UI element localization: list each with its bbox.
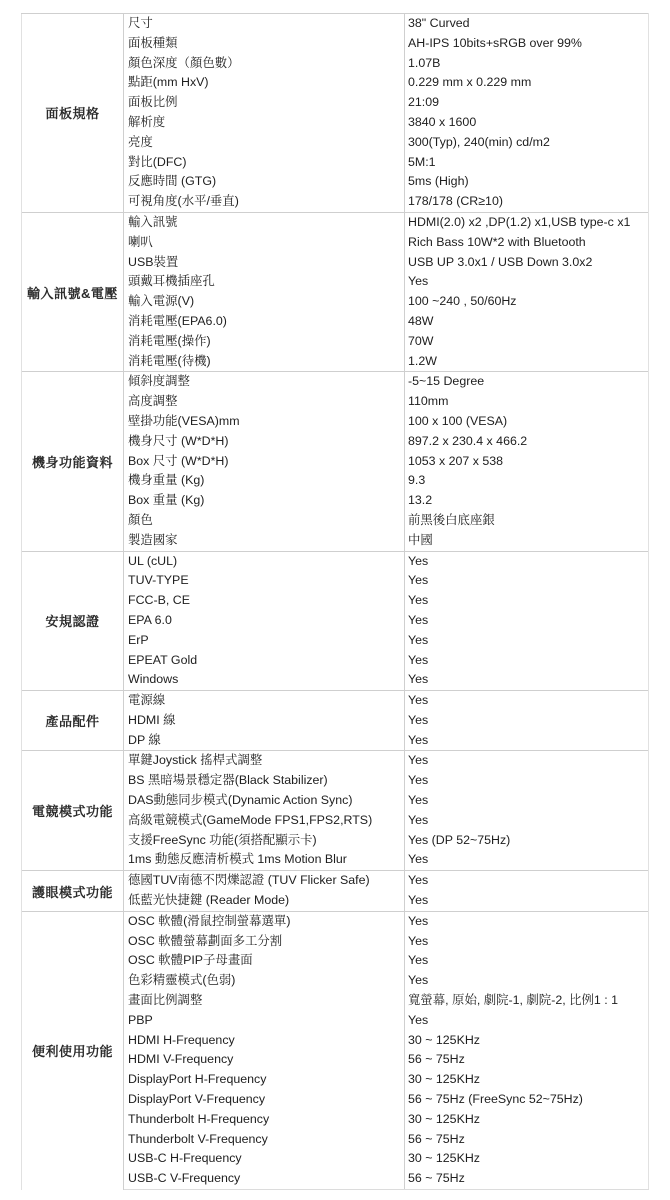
spec-item-label: OSC 軟體(滑鼠控制螢幕選單) (124, 911, 405, 931)
spec-item-label: 單鍵Joystick 搖桿式調整 (124, 751, 405, 771)
spec-item-label: 消耗電壓(操作) (124, 332, 405, 352)
spec-item-label: 解析度 (124, 113, 405, 133)
spec-item-label: FCC-B, CE (124, 591, 405, 611)
spec-item-value: Yes (405, 631, 649, 651)
spec-item-value: AH-IPS 10bits+sRGB over 99% (405, 34, 649, 54)
spec-item-value: 中國 (405, 531, 649, 551)
spec-item-label: 輸入訊號 (124, 212, 405, 232)
spec-item-label: HDMI V-Frequency (124, 1050, 405, 1070)
spec-item-value: 30 ~ 125KHz (405, 1070, 649, 1090)
spec-item-value: Yes (405, 272, 649, 292)
spec-item-label: HDMI 線 (124, 711, 405, 731)
spec-item-label: 尺寸 (124, 14, 405, 34)
spec-item-value: 9.3 (405, 471, 649, 491)
spec-item-label: DisplayPort V-Frequency (124, 1090, 405, 1110)
spec-item-label: USB-C H-Frequency (124, 1149, 405, 1169)
spec-item-label: OSC 軟體螢幕劃面多工分割 (124, 932, 405, 952)
spec-item-label: 傾斜度調整 (124, 372, 405, 392)
spec-item-value: Yes (405, 670, 649, 690)
spec-item-value: 48W (405, 312, 649, 332)
spec-item-label: TUV-TYPE (124, 571, 405, 591)
spec-item-label: Box 重量 (Kg) (124, 491, 405, 511)
spec-item-label: 高度調整 (124, 392, 405, 412)
spec-item-value: Yes (405, 611, 649, 631)
spec-item-value: 5M:1 (405, 153, 649, 173)
spec-item-value: 100 x 100 (VESA) (405, 412, 649, 432)
category-accessories: 產品配件 (22, 691, 124, 751)
spec-item-value: Yes (405, 932, 649, 952)
spec-item-label: 畫面比例調整 (124, 991, 405, 1011)
spec-item-label: 製造國家 (124, 531, 405, 551)
spec-item-label: 可視角度(水平/垂直) (124, 192, 405, 212)
spec-item-value: Yes (405, 751, 649, 771)
spec-row: 安規認證UL (cUL)Yes (22, 551, 649, 571)
spec-row: 產品配件電源線Yes (22, 691, 649, 711)
spec-item-label: ErP (124, 631, 405, 651)
spec-row: 機身功能資料傾斜度調整-5~15 Degree (22, 372, 649, 392)
spec-item-value: Yes (405, 691, 649, 711)
spec-item-label: 機身尺寸 (W*D*H) (124, 432, 405, 452)
spec-item-label: 電源線 (124, 691, 405, 711)
spec-item-label: 機身重量 (Kg) (124, 471, 405, 491)
spec-item-label: DAS動態同步模式(Dynamic Action Sync) (124, 791, 405, 811)
spec-item-label: OSC 軟體PIP子母畫面 (124, 951, 405, 971)
spec-item-label: Windows (124, 670, 405, 690)
spec-item-label: USB裝置 (124, 253, 405, 273)
spec-item-value: Yes (405, 1011, 649, 1031)
spec-item-label: 反應時間 (GTG) (124, 172, 405, 192)
spec-row: 電競模式功能單鍵Joystick 搖桿式調整Yes (22, 751, 649, 771)
spec-item-value: 21:09 (405, 93, 649, 113)
spec-item-value: 30 ~ 125KHz (405, 1149, 649, 1169)
spec-item-value: 3840 x 1600 (405, 113, 649, 133)
spec-item-value: Yes (405, 951, 649, 971)
spec-item-label: Thunderbolt V-Frequency (124, 1130, 405, 1150)
category-safety-certifications: 安規認證 (22, 551, 124, 691)
spec-item-value: 178/178 (CR≥10) (405, 192, 649, 212)
spec-item-value: Yes (405, 551, 649, 571)
spec-item-label: Box 尺寸 (W*D*H) (124, 452, 405, 472)
spec-item-value: 寬螢幕, 原始, 劇院-1, 劇院-2, 比例1 : 1 (405, 991, 649, 1011)
spec-item-label: 面板種類 (124, 34, 405, 54)
spec-row: 面板規格尺寸38" Curved (22, 14, 649, 34)
spec-item-value: HDMI(2.0) x2 ,DP(1.2) x1,USB type-c x1 (405, 212, 649, 232)
spec-item-label: 壁掛功能(VESA)mm (124, 412, 405, 432)
spec-item-label: 輸入電源(V) (124, 292, 405, 312)
spec-item-label: 消耗電壓(待機) (124, 352, 405, 372)
spec-item-value: 56 ~ 75Hz (405, 1130, 649, 1150)
spec-item-label: 面板比例 (124, 93, 405, 113)
spec-row: 輸入訊號&電壓輸入訊號HDMI(2.0) x2 ,DP(1.2) x1,USB … (22, 212, 649, 232)
spec-item-label: 頭戴耳機插座孔 (124, 272, 405, 292)
spec-item-value: Yes (405, 850, 649, 870)
spec-item-value: 56 ~ 75Hz (405, 1050, 649, 1070)
spec-item-label: BS 黑暗場景穩定器(Black Stabilizer) (124, 771, 405, 791)
spec-item-value: Yes (405, 731, 649, 751)
spec-item-value: Yes (405, 711, 649, 731)
spec-item-value: 30 ~ 125KHz (405, 1031, 649, 1051)
spec-item-value: 56 ~ 75Hz (405, 1169, 649, 1189)
spec-item-label: UL (cUL) (124, 551, 405, 571)
spec-item-value: Yes (405, 771, 649, 791)
spec-item-label: 顏色深度（顏色數） (124, 54, 405, 74)
category-panel-specs: 面板規格 (22, 14, 124, 213)
spec-item-value: 13.2 (405, 491, 649, 511)
spec-item-value: Yes (405, 971, 649, 991)
spec-item-label: DisplayPort H-Frequency (124, 1070, 405, 1090)
spec-item-value: -5~15 Degree (405, 372, 649, 392)
spec-item-value: Yes (405, 571, 649, 591)
spec-item-label: 喇叭 (124, 233, 405, 253)
spec-item-label: USB-C V-Frequency (124, 1169, 405, 1189)
category-eye-care-features: 護眼模式功能 (22, 871, 124, 912)
spec-item-label: EPA 6.0 (124, 611, 405, 631)
spec-item-value: Yes (405, 871, 649, 891)
spec-item-value: 70W (405, 332, 649, 352)
spec-item-value: Yes (DP 52~75Hz) (405, 831, 649, 851)
spec-item-value: 0.229 mm x 0.229 mm (405, 73, 649, 93)
spec-item-label: 顏色 (124, 511, 405, 531)
spec-item-label: DP 線 (124, 731, 405, 751)
spec-item-value: Yes (405, 891, 649, 911)
spec-item-value: 897.2 x 230.4 x 466.2 (405, 432, 649, 452)
spec-item-value: Rich Bass 10W*2 with Bluetooth (405, 233, 649, 253)
spec-table: 面板規格尺寸38" Curved面板種類AH-IPS 10bits+sRGB o… (21, 13, 649, 1190)
category-gaming-features: 電競模式功能 (22, 751, 124, 871)
spec-item-label: 消耗電壓(EPA6.0) (124, 312, 405, 332)
spec-item-value: Yes (405, 651, 649, 671)
spec-row: 護眼模式功能德國TUV南德不閃爍認證 (TUV Flicker Safe)Yes (22, 871, 649, 891)
category-body-features: 機身功能資料 (22, 372, 124, 551)
spec-item-label: Thunderbolt H-Frequency (124, 1110, 405, 1130)
spec-item-value: Yes (405, 591, 649, 611)
spec-item-label: 色彩精靈模式(色弱) (124, 971, 405, 991)
spec-item-label: 德國TUV南德不閃爍認證 (TUV Flicker Safe) (124, 871, 405, 891)
spec-item-value: 38" Curved (405, 14, 649, 34)
category-convenience-features: 便利使用功能 (22, 911, 124, 1189)
spec-item-value: 1.2W (405, 352, 649, 372)
spec-item-label: 對比(DFC) (124, 153, 405, 173)
spec-item-label: HDMI H-Frequency (124, 1031, 405, 1051)
spec-item-value: 110mm (405, 392, 649, 412)
spec-item-value: 前黑後白底座銀 (405, 511, 649, 531)
spec-item-value: 56 ~ 75Hz (FreeSync 52~75Hz) (405, 1090, 649, 1110)
spec-item-label: 低藍光快捷鍵 (Reader Mode) (124, 891, 405, 911)
spec-item-value: 30 ~ 125KHz (405, 1110, 649, 1130)
spec-item-label: 高級電競模式(GameMode FPS1,FPS2,RTS) (124, 811, 405, 831)
category-input-and-power: 輸入訊號&電壓 (22, 212, 124, 371)
spec-item-label: 點距(mm HxV) (124, 73, 405, 93)
spec-item-value: 1053 x 207 x 538 (405, 452, 649, 472)
spec-item-label: EPEAT Gold (124, 651, 405, 671)
spec-table-body: 面板規格尺寸38" Curved面板種類AH-IPS 10bits+sRGB o… (22, 14, 649, 1190)
spec-item-label: 1ms 動態反應清析模式 1ms Motion Blur (124, 850, 405, 870)
spec-item-label: 支援FreeSync 功能(須搭配顯示卡) (124, 831, 405, 851)
spec-item-label: PBP (124, 1011, 405, 1031)
spec-item-value: Yes (405, 811, 649, 831)
spec-item-value: Yes (405, 911, 649, 931)
spec-item-value: 1.07B (405, 54, 649, 74)
spec-item-value: 100 ~240 , 50/60Hz (405, 292, 649, 312)
spec-item-value: USB UP 3.0x1 / USB Down 3.0x2 (405, 253, 649, 273)
spec-item-label: 亮度 (124, 133, 405, 153)
spec-item-value: 5ms (High) (405, 172, 649, 192)
spec-row: 便利使用功能OSC 軟體(滑鼠控制螢幕選單)Yes (22, 911, 649, 931)
spec-item-value: 300(Typ), 240(min) cd/m2 (405, 133, 649, 153)
spec-item-value: Yes (405, 791, 649, 811)
